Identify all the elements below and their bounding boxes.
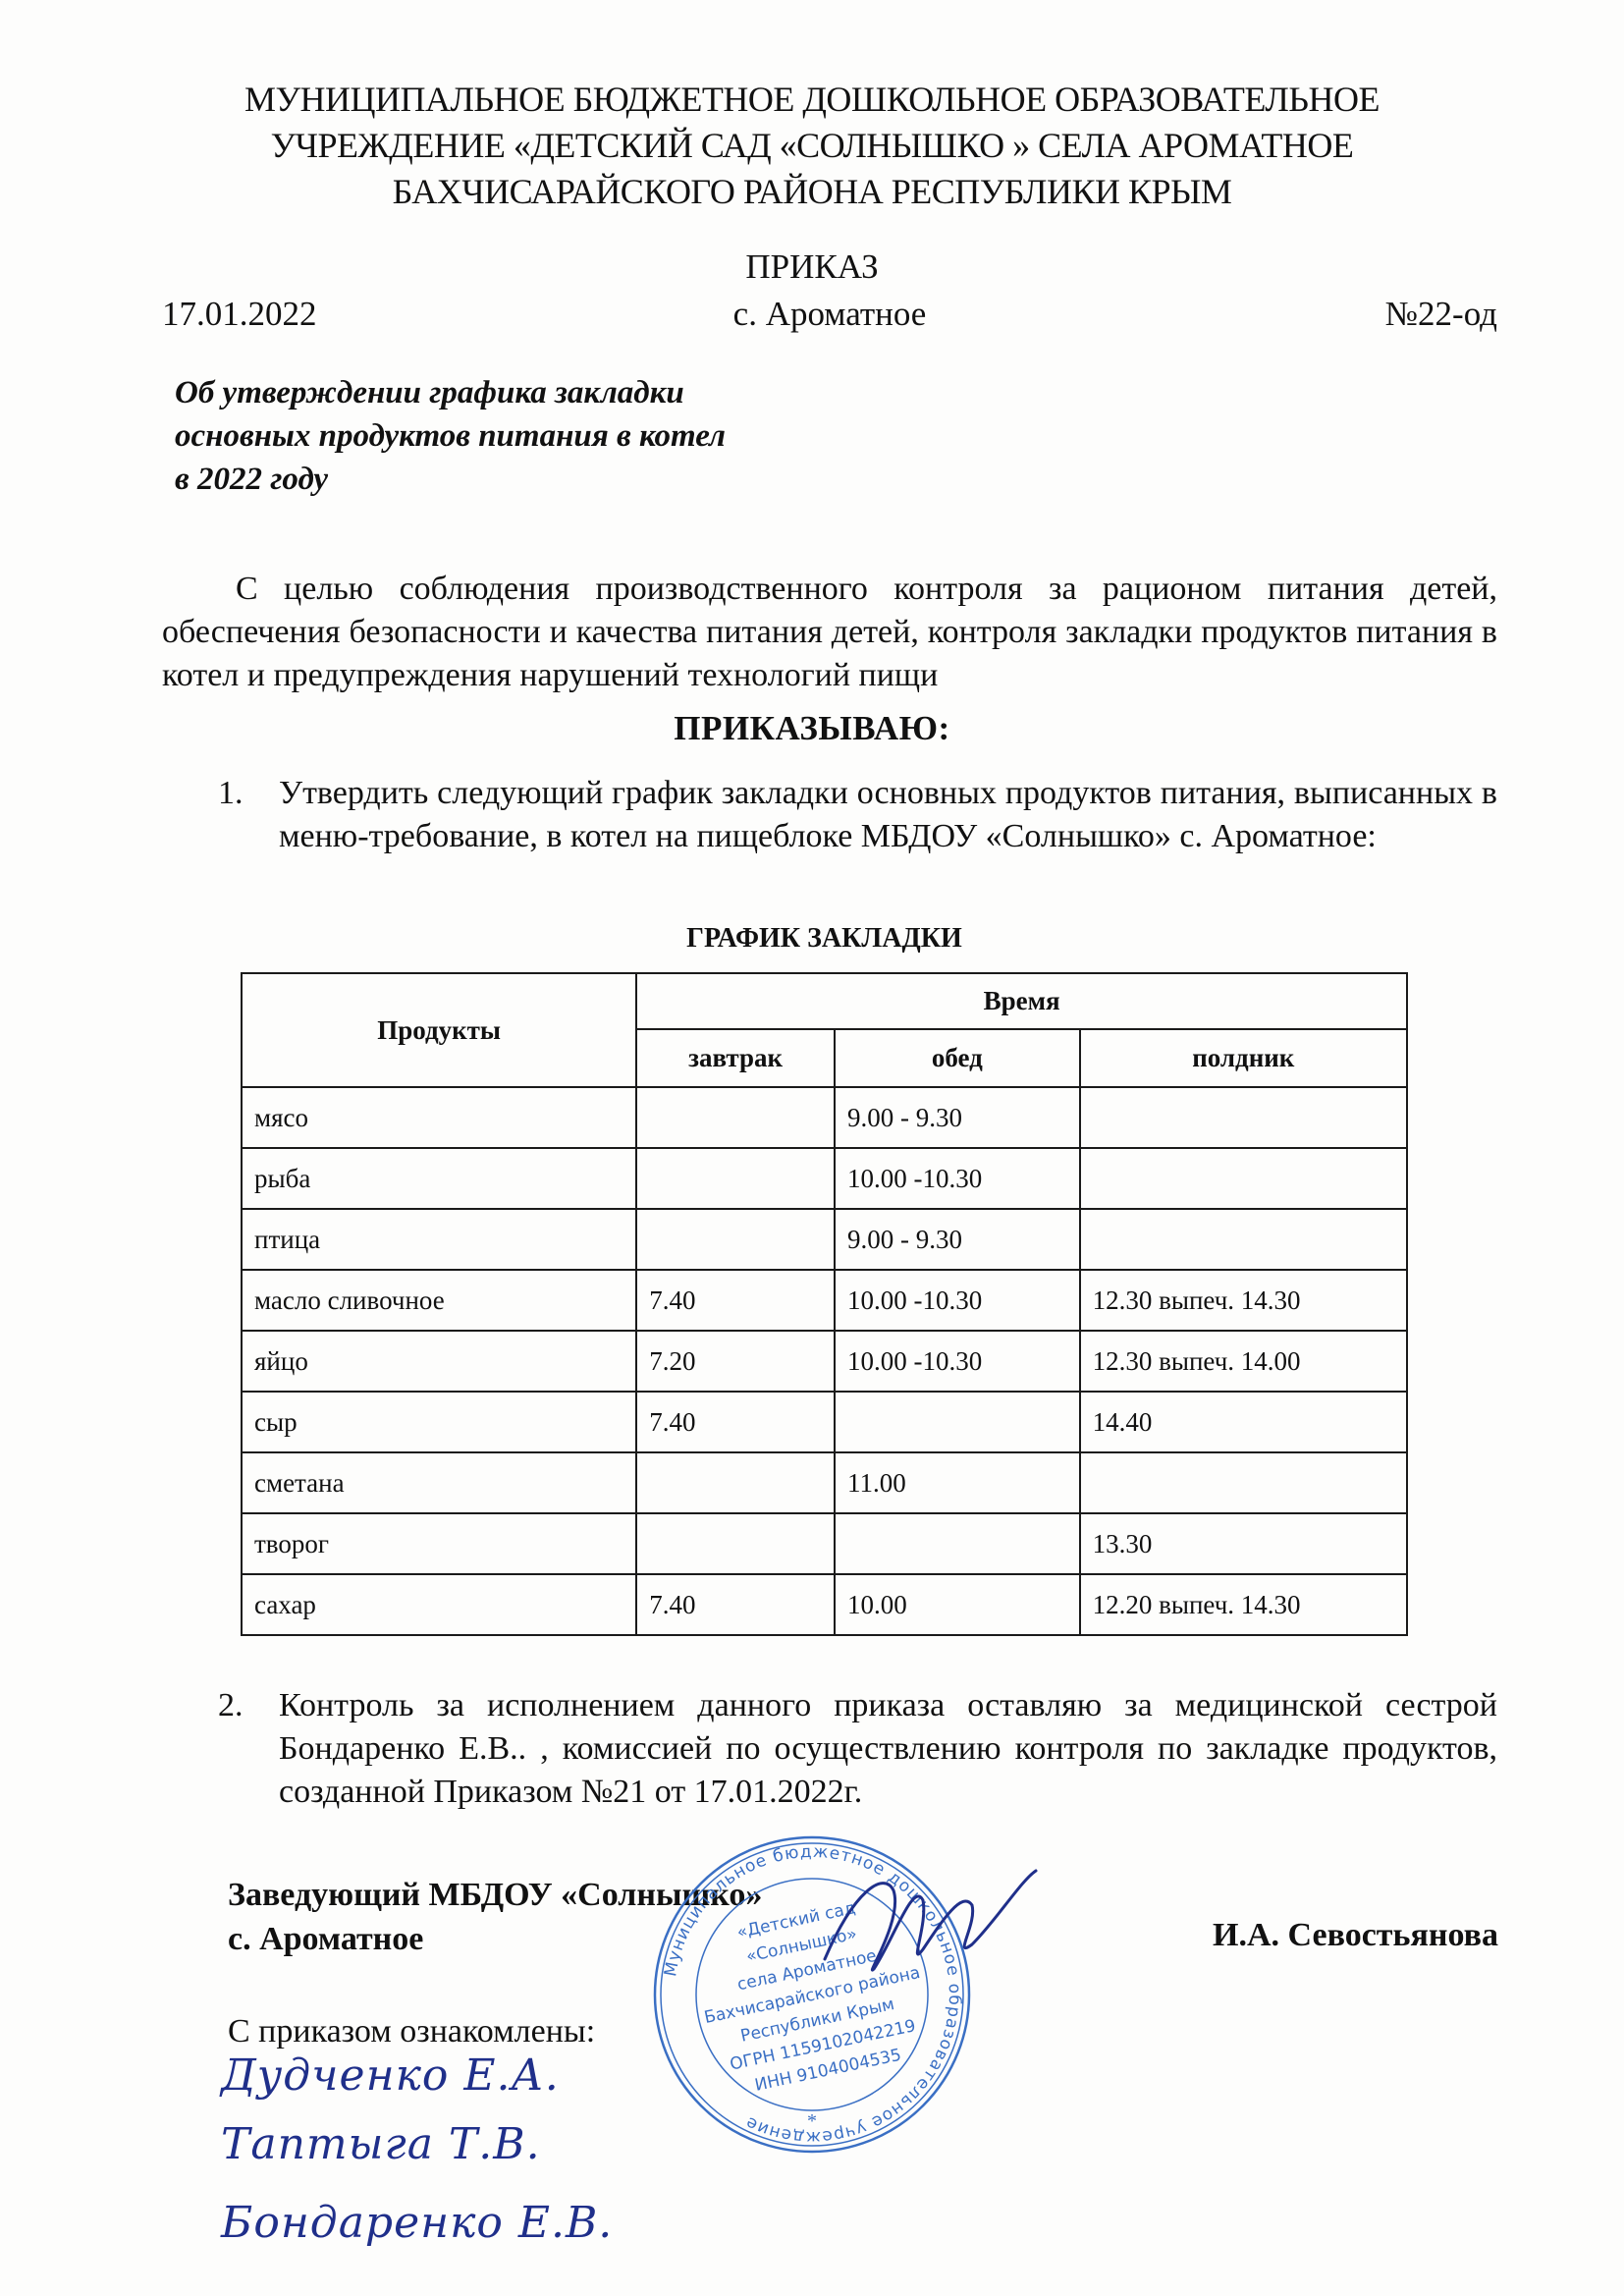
organization-line: МУНИЦИПАЛЬНОЕ БЮДЖЕТНОЕ ДОШКОЛЬНОЕ ОБРАЗ… [0, 77, 1624, 123]
product-cell: сахар [242, 1574, 636, 1635]
snack-cell [1080, 1209, 1407, 1270]
product-cell: масло сливочное [242, 1270, 636, 1331]
handwritten-signature: Таптыга Т.В. [221, 2119, 541, 2169]
schedule-table: Продукты Время завтрак обед полдник мясо… [241, 972, 1408, 1636]
table-row: рыба10.00 -10.30 [242, 1148, 1407, 1209]
svg-text:*: * [807, 2110, 817, 2132]
signer-name: И.А. Севостьянова [1213, 1917, 1498, 1954]
lunch-cell: 10.00 [835, 1574, 1080, 1635]
breakfast-cell [636, 1513, 835, 1574]
breakfast-cell: 7.40 [636, 1574, 835, 1635]
organization-line: УЧРЕЖДЕНИЕ «ДЕТСКИЙ САД «СОЛНЫШКО » СЕЛА… [0, 123, 1624, 169]
subject-line: в 2022 году [175, 458, 726, 501]
order-place: с. Ароматное [162, 295, 1497, 334]
snack-cell [1080, 1452, 1407, 1513]
order-subject: Об утверждении графика закладки основных… [175, 371, 726, 501]
acknowledgement-label: С приказом ознакомлены: [228, 2013, 595, 2050]
lunch-cell: 9.00 - 9.30 [835, 1087, 1080, 1148]
breakfast-cell: 7.40 [636, 1270, 835, 1331]
lunch-cell: 10.00 -10.30 [835, 1331, 1080, 1392]
table-row: сметана11.00 [242, 1452, 1407, 1513]
breakfast-cell [636, 1209, 835, 1270]
lunch-cell: 9.00 - 9.30 [835, 1209, 1080, 1270]
item-text: Контроль за исполнением данного приказа … [279, 1684, 1497, 1814]
header-time: Время [636, 973, 1407, 1029]
schedule-title: ГРАФИК ЗАКЛАДКИ [241, 923, 1408, 955]
item-number: 1. [218, 772, 244, 815]
handwritten-signature: Бондаренко Е.В. [221, 2198, 613, 2248]
snack-cell: 14.40 [1080, 1392, 1407, 1452]
schedule-body: мясо9.00 - 9.30рыба10.00 -10.30птица9.00… [242, 1087, 1407, 1635]
item-number: 2. [218, 1684, 244, 1727]
snack-cell: 12.30 выпеч. 14.30 [1080, 1270, 1407, 1331]
table-row: творог13.30 [242, 1513, 1407, 1574]
handwritten-signature: Дудченко Е.А. [221, 2050, 560, 2101]
lunch-cell: 10.00 -10.30 [835, 1148, 1080, 1209]
director-signature-icon [815, 1851, 1041, 1998]
document-title: ПРИКАЗ [0, 247, 1624, 287]
snack-cell [1080, 1087, 1407, 1148]
header-breakfast: завтрак [636, 1029, 835, 1087]
subject-line: Об утверждении графика закладки [175, 371, 726, 414]
product-cell: сыр [242, 1392, 636, 1452]
header-snack: полдник [1080, 1029, 1407, 1087]
lunch-cell [835, 1513, 1080, 1574]
table-row: сахар7.4010.0012.20 выпеч. 14.30 [242, 1574, 1407, 1635]
table-row: яйцо7.2010.00 -10.3012.30 выпеч. 14.00 [242, 1331, 1407, 1392]
product-cell: птица [242, 1209, 636, 1270]
organization-line: БАХЧИСАРАЙСКОГО РАЙОНА РЕСПУБЛИКИ КРЫМ [0, 169, 1624, 215]
product-cell: яйцо [242, 1331, 636, 1392]
table-row: мясо9.00 - 9.30 [242, 1087, 1407, 1148]
snack-cell: 12.30 выпеч. 14.00 [1080, 1331, 1407, 1392]
product-cell: мясо [242, 1087, 636, 1148]
organization-header: МУНИЦИПАЛЬНОЕ БЮДЖЕТНОЕ ДОШКОЛЬНОЕ ОБРАЗ… [0, 77, 1624, 215]
breakfast-cell [636, 1148, 835, 1209]
product-cell: творог [242, 1513, 636, 1574]
snack-cell: 13.30 [1080, 1513, 1407, 1574]
breakfast-cell: 7.20 [636, 1331, 835, 1392]
preamble-paragraph: С целью соблюдения производственного кон… [162, 568, 1497, 697]
order-number: №22-од [1385, 295, 1497, 334]
snack-cell [1080, 1148, 1407, 1209]
product-cell: сметана [242, 1452, 636, 1513]
snack-cell: 12.20 выпеч. 14.30 [1080, 1574, 1407, 1635]
order-directive-heading: ПРИКАЗЫВАЮ: [0, 709, 1624, 748]
item-text: Утвердить следующий график закладки осно… [279, 772, 1497, 858]
table-row: сыр7.4014.40 [242, 1392, 1407, 1452]
order-meta: 17.01.2022 с. Ароматное №22-од [162, 295, 1497, 338]
breakfast-cell [636, 1087, 835, 1148]
subject-line: основных продуктов питания в котел [175, 414, 726, 458]
table-row: масло сливочное7.4010.00 -10.3012.30 вып… [242, 1270, 1407, 1331]
header-lunch: обед [835, 1029, 1080, 1087]
lunch-cell: 11.00 [835, 1452, 1080, 1513]
header-products: Продукты [242, 973, 636, 1087]
product-cell: рыба [242, 1148, 636, 1209]
lunch-cell [835, 1392, 1080, 1452]
order-item-1: 1. Утвердить следующий график закладки о… [218, 772, 1497, 858]
breakfast-cell [636, 1452, 835, 1513]
breakfast-cell: 7.40 [636, 1392, 835, 1452]
lunch-cell: 10.00 -10.30 [835, 1270, 1080, 1331]
order-item-2: 2. Контроль за исполнением данного прика… [218, 1684, 1497, 1814]
table-row: птица9.00 - 9.30 [242, 1209, 1407, 1270]
